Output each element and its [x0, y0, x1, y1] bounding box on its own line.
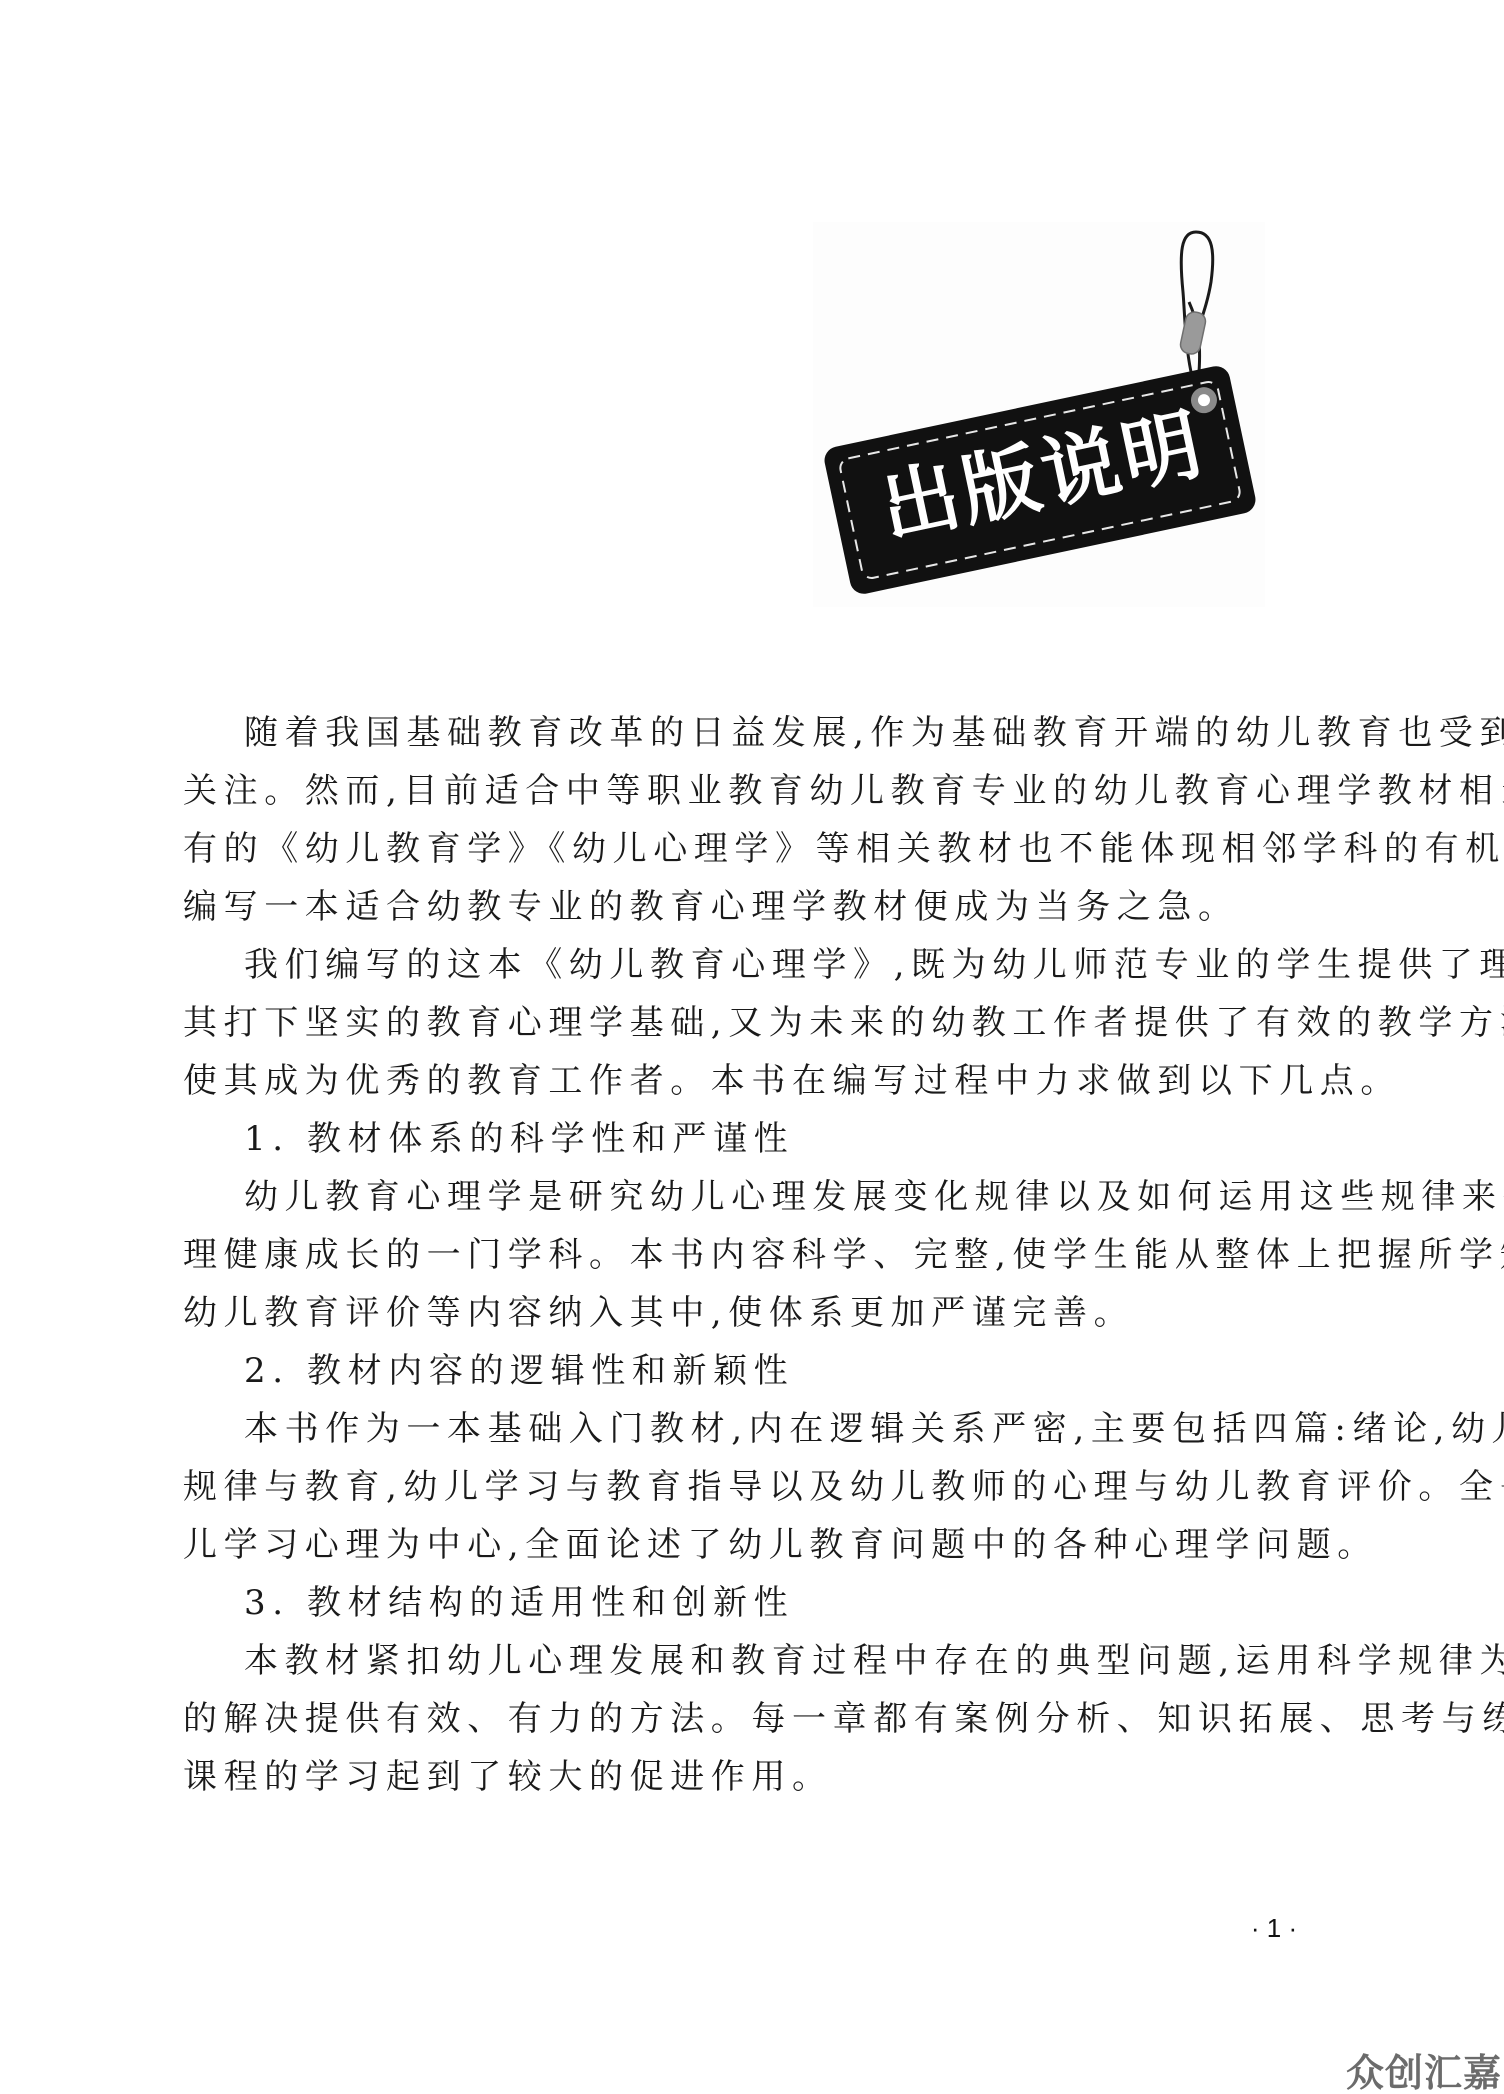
section-heading-1: 1. 教材体系的科学性和严谨性	[183, 1114, 1323, 1172]
text-line: 本书作为一本基础入门教材,内在逻辑关系严密,主要包括四篇:绪论,幼儿的发展	[183, 1404, 1323, 1462]
text-line: 理健康成长的一门学科。本书内容科学、完整,使学生能从整体上把握所学知识,同时将	[183, 1230, 1323, 1288]
text-line: 幼儿教育评价等内容纳入其中,使体系更加严谨完善。	[183, 1288, 1323, 1346]
text-line: 使其成为优秀的教育工作者。本书在编写过程中力求做到以下几点。	[183, 1056, 1323, 1114]
text-line: 规律与教育,幼儿学习与教育指导以及幼儿教师的心理与幼儿教育评价。全书以研究幼	[183, 1462, 1323, 1520]
title-tag-figure: 出版说明	[813, 222, 1265, 607]
text-line: 其打下坚实的教育心理学基础,又为未来的幼教工作者提供了有效的教学方法和策略,	[183, 998, 1323, 1056]
text-line: 儿学习心理为中心,全面论述了幼儿教育问题中的各种心理学问题。	[183, 1520, 1323, 1578]
section-heading-3: 3. 教材结构的适用性和创新性	[183, 1578, 1323, 1636]
text-line: 有的《幼儿教育学》《幼儿心理学》等相关教材也不能体现相邻学科的有机结合。因此,	[183, 824, 1323, 882]
preface-body: 随着我国基础教育改革的日益发展,作为基础教育开端的幼儿教育也受到了极大的 关注。…	[183, 708, 1323, 1810]
document-page: 出版说明 随着我国基础教育改革的日益发展,作为基础教育开端的幼儿教育也受到了极大…	[0, 0, 1504, 2094]
text-line: 的解决提供有效、有力的方法。每一章都有案例分析、知识拓展、思考与练习等栏目,对	[183, 1694, 1323, 1752]
text-line: 本教材紧扣幼儿心理发展和教育过程中存在的典型问题,运用科学规律为这些问题	[183, 1636, 1323, 1694]
section-heading-2: 2. 教材内容的逻辑性和新颖性	[183, 1346, 1323, 1404]
text-line: 我们编写的这本《幼儿教育心理学》,既为幼儿师范专业的学生提供了理论知识,使	[183, 940, 1323, 998]
text-line: 随着我国基础教育改革的日益发展,作为基础教育开端的幼儿教育也受到了极大的	[183, 708, 1323, 766]
text-line: 编写一本适合幼教专业的教育心理学教材便成为当务之急。	[183, 882, 1323, 940]
page-number: · 1 ·	[1244, 1912, 1304, 1944]
text-line: 幼儿教育心理学是研究幼儿心理发展变化规律以及如何运用这些规律来促进其心	[183, 1172, 1323, 1230]
watermark-logo: 众创汇嘉	[1346, 2052, 1502, 2094]
text-line: 关注。然而,目前适合中等职业教育幼儿教育专业的幼儿教育心理学教材相当缺乏,仅	[183, 766, 1323, 824]
text-line: 课程的学习起到了较大的促进作用。	[183, 1752, 1323, 1810]
